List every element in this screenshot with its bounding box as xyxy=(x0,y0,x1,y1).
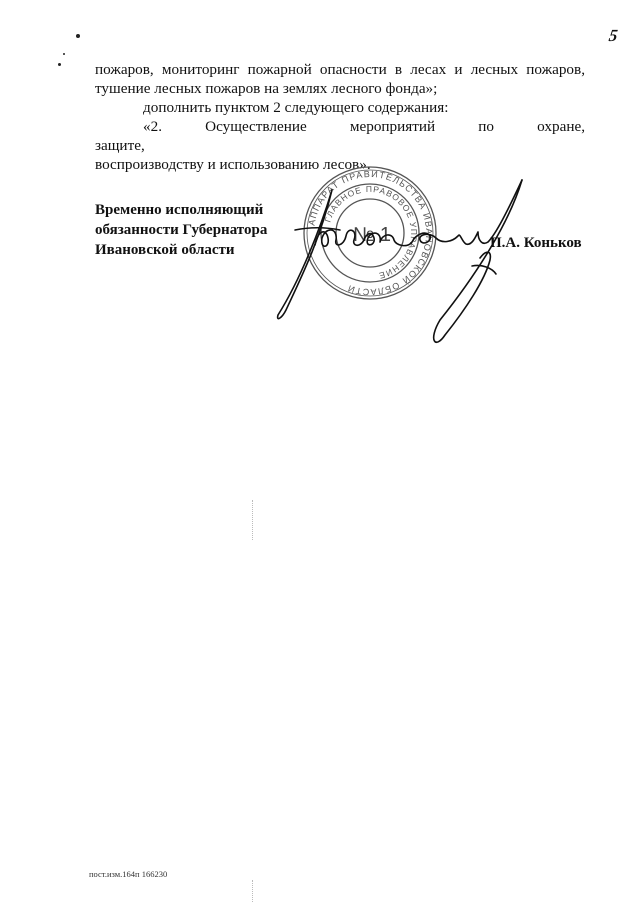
signatory-title-line: обязанности Губернатора xyxy=(95,220,267,240)
signatory-title: Временно исполняющий обязанности Губерна… xyxy=(95,200,267,260)
scan-speck xyxy=(76,34,80,38)
footer-document-code: пост.изм.164п 166230 xyxy=(89,869,167,879)
handwritten-signature xyxy=(260,150,600,380)
signatory-title-line: Временно исполняющий xyxy=(95,200,267,220)
signer-name: П.А. Коньков xyxy=(490,235,582,252)
scan-artifact xyxy=(252,500,254,540)
paragraph-line: тушение лесных пожаров на землях лесного… xyxy=(95,79,585,98)
paragraph-line: дополнить пунктом 2 следующего содержани… xyxy=(95,98,585,117)
scan-speck xyxy=(63,53,65,55)
scan-artifact xyxy=(252,880,254,902)
signatory-title-line: Ивановской области xyxy=(95,240,267,260)
paragraph-line: пожаров, мониторинг пожарной опасности в… xyxy=(95,60,585,79)
page-number: 5 xyxy=(608,26,619,46)
scan-speck xyxy=(58,63,61,66)
